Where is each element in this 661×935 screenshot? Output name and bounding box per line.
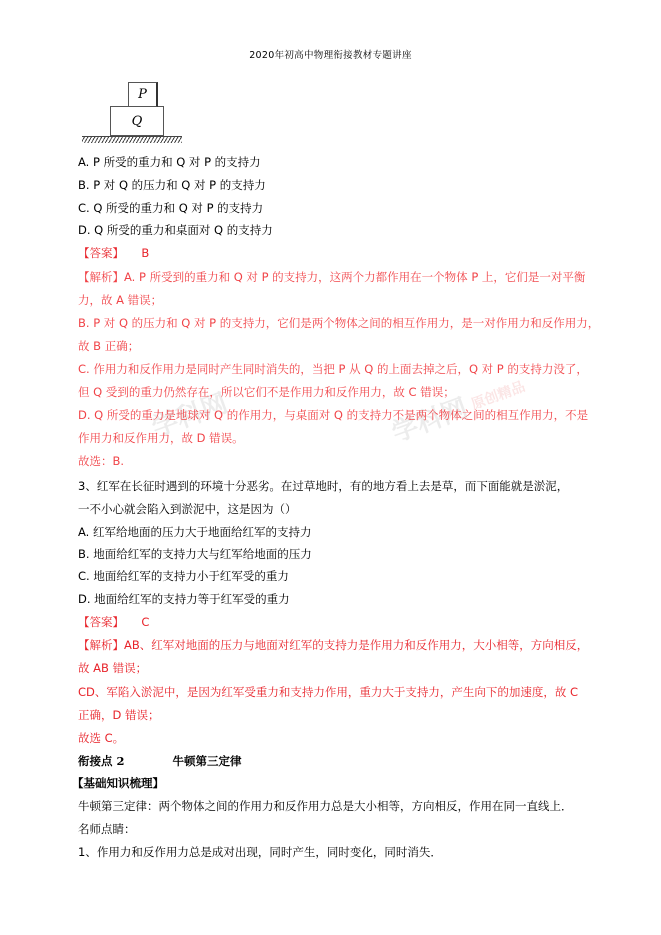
section-heading: 衔接点 2 牛顿第三定律 [78, 753, 242, 769]
ground-hatching [82, 136, 182, 143]
q2-analysis-line: B. P 对 Q 的压力和 Q 对 P 的支持力，它们是两个物体之间的相互作用力… [78, 315, 599, 331]
q2-analysis-line: D. Q 所受的重力是地球对 Q 的作用力，与桌面对 Q 的支持力不是两个物体之… [78, 407, 588, 423]
q3-analysis-line: CD、军陷入淤泥中，是因为红军受重力和支持力作用，重力大于支持力，产生向下的加速… [78, 684, 578, 700]
q2-answer: 【答案】 B [78, 245, 149, 261]
block-p: P [128, 82, 158, 107]
q2-option-a: A. P 所受的重力和 Q 对 P 的支持力 [78, 154, 261, 170]
q3-answer-label: 【答案】 [78, 615, 124, 629]
q2-analysis-line: 作用力和反作用力，故 D 错误。 [78, 430, 244, 446]
tip-item: 1、作用力和反作用力总是成对出现，同时产生，同时变化，同时消失． [78, 844, 442, 860]
q2-analysis-line: 力，故 A 错误； [78, 292, 162, 308]
q3-stem: 一不小心就会陷入到淤泥中，这是因为（） [78, 501, 297, 517]
q2-analysis-line: C. 作用力和反作用力是同时产生同时消失的，当把 P 从 Q 的上面去掉之后，Q… [78, 361, 588, 377]
q3-option-a: A. 红军给地面的压力大于地面给红军的支持力 [78, 524, 311, 540]
q3-analysis-line: 故 AB 错误； [78, 660, 147, 676]
q3-answer: 【答案】 C [78, 614, 149, 630]
q2-option-d: D. Q 所受的重力和桌面对 Q 的支持力 [78, 222, 273, 238]
block-q: Q [110, 106, 164, 136]
page-header: 2020年初高中物理衔接教材专题讲座 [0, 47, 661, 61]
q3-option-c: C. 地面给红军的支持力小于红军受的重力 [78, 568, 289, 584]
blocks-diagram: Q P [80, 80, 200, 145]
q2-option-c: C. Q 所受的重力和 Q 对 P 的支持力 [78, 200, 263, 216]
tips-label: 名师点睛： [78, 821, 136, 837]
q3-option-b: B. 地面给红军的支持力大与红军给地面的压力 [78, 546, 312, 562]
q3-answer-value: C [141, 615, 149, 629]
q3-analysis-line: 【解析】AB、红军对地面的压力与地面对红军的支持力是作用力和反作用力，大小相等，… [78, 637, 588, 653]
q2-analysis-line: 故 B 正确； [78, 338, 139, 354]
q3-option-d: D. 地面给红军的支持力等于红军受的重力 [78, 591, 290, 607]
block-q-label: Q [132, 114, 143, 129]
q2-analysis-line: 故选：B. [78, 453, 124, 469]
section-title: 牛顿第三定律 [173, 754, 242, 768]
q3-stem: 3、红军在长征时遇到的环境十分恶劣。在过草地时，有的地方看上去是草，而下面能就是… [78, 478, 568, 494]
q2-analysis-line: 【解析】A. P 所受到的重力和 Q 对 P 的支持力，这两个力都作用在一个物体… [78, 269, 585, 285]
q2-option-b: B. P 对 Q 的压力和 Q 对 P 的支持力 [78, 177, 266, 193]
q2-answer-value: B [141, 246, 149, 260]
section-subheading: 【基础知识梳理】 [72, 775, 164, 791]
q3-analysis-line: 正确，D 错误； [78, 707, 160, 723]
section-number: 衔接点 2 [78, 754, 125, 768]
q3-analysis-line: 故选 C。 [78, 730, 124, 746]
q2-analysis-line: 但 Q 受到的重力仍然存在，所以它们不是作用力和反作用力，故 C 错误； [78, 384, 455, 400]
q2-answer-label: 【答案】 [78, 246, 124, 260]
newton-third-law: 牛顿第三定律：两个物体之间的作用力和反作用力总是大小相等，方向相反，作用在同一直… [78, 798, 573, 814]
block-p-label: P [138, 87, 147, 102]
